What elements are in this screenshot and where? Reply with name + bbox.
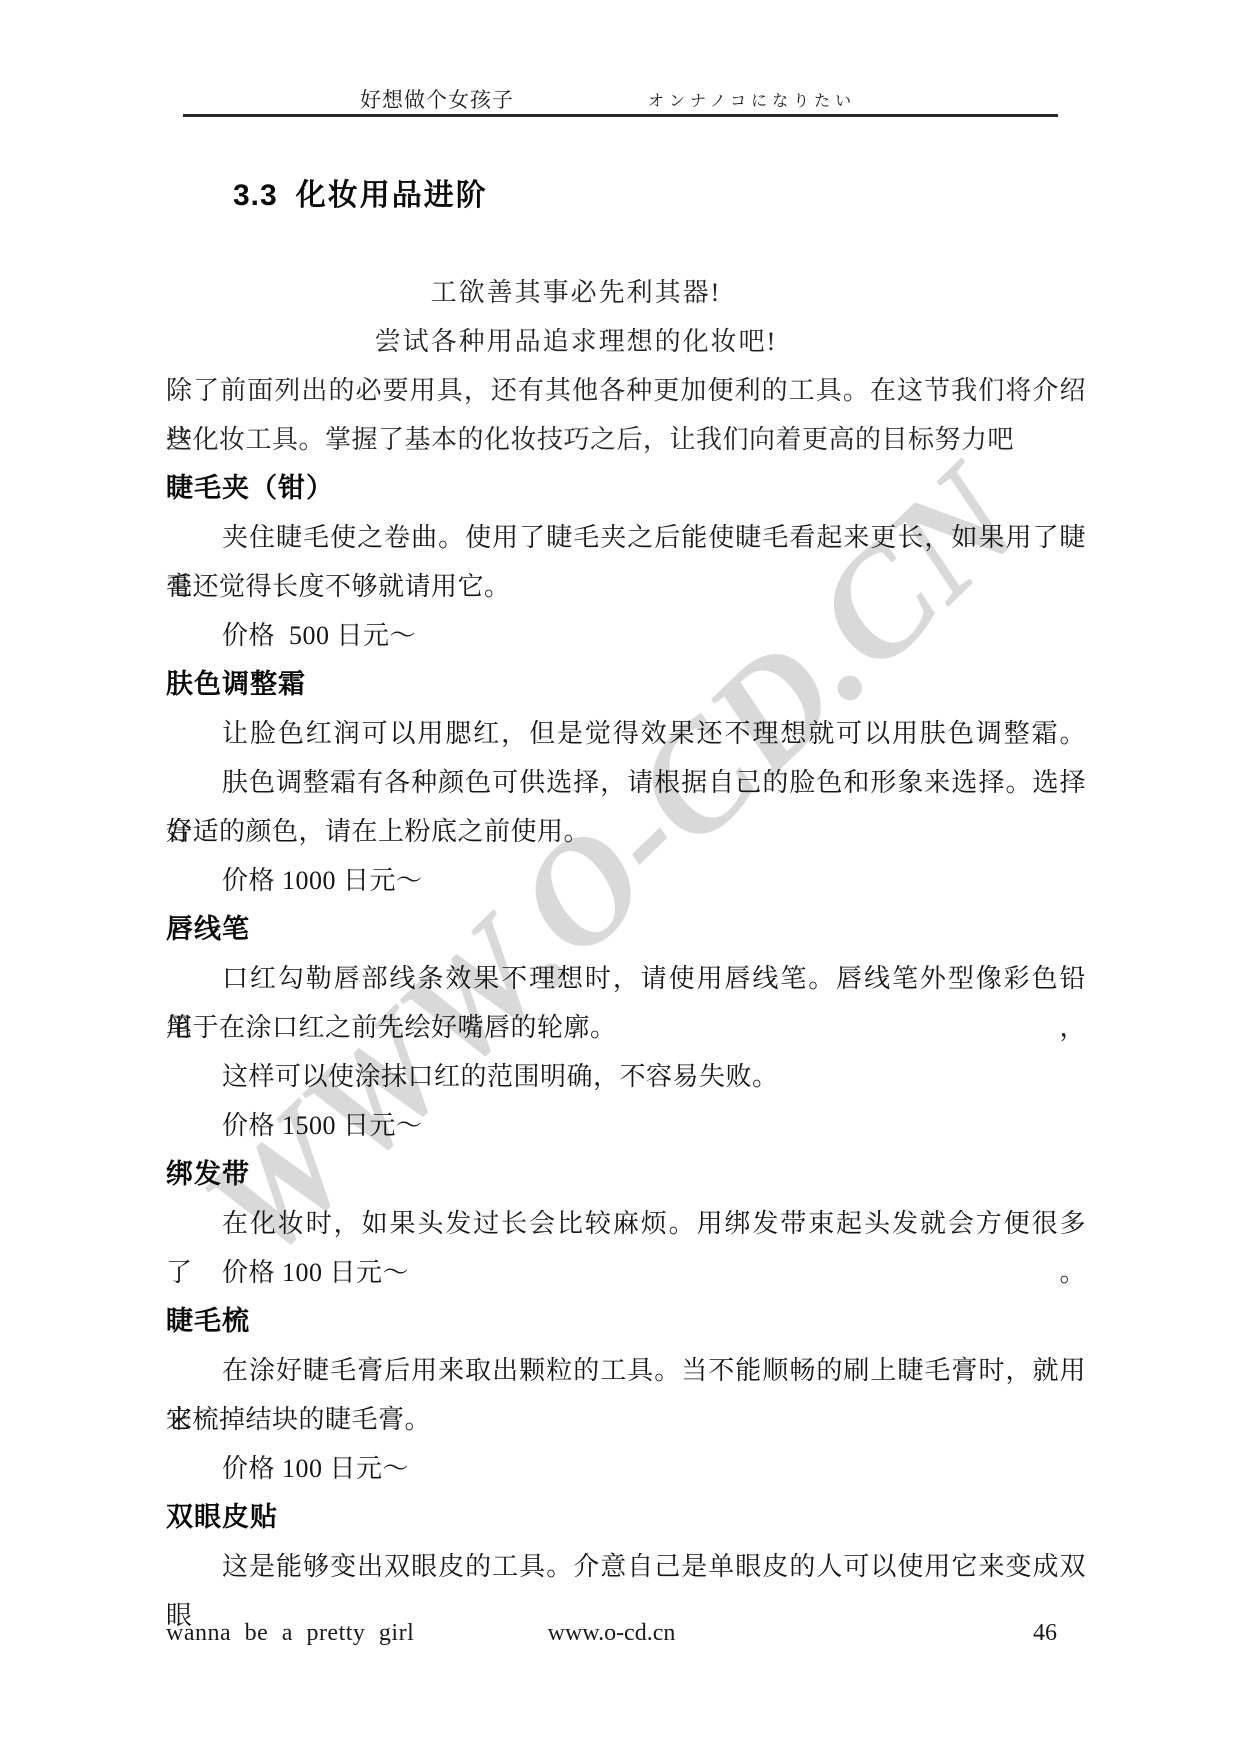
body-line: 在化妆时，如果头发过长会比较麻烦。用绑发带束起头发就会方便很多了。 (166, 1199, 1086, 1248)
item-heading-eyelash-comb: 睫毛梳 (166, 1297, 1086, 1346)
body-line: 口红勾勒唇部线条效果不理想时，请使用唇线笔。唇线笔外型像彩色铅笔， (166, 954, 1086, 1003)
header-title-cn: 好想做个女孩子 (360, 84, 514, 114)
body-line: 来梳掉结块的睫毛膏。 (166, 1395, 1086, 1444)
header-rule (183, 114, 1058, 117)
body-line: 肤色调整霜有各种颜色可供选择，请根据自己的脸色和形象来选择。选择好 (166, 758, 1086, 807)
body-line: 这是能够变出双眼皮的工具。介意自己是单眼皮的人可以使用它来变成双眼 (166, 1542, 1086, 1591)
quote-line: 尝试各种用品追求理想的化妆吧! (166, 317, 1086, 366)
item-heading-color-control-cream: 肤色调整霜 (166, 660, 1086, 709)
footer-site-url: www.o-cd.cn (166, 1620, 1057, 1647)
intro-line: 些化妆工具。掌握了基本的化妆技巧之后，让我们向着更高的目标努力吧 (166, 415, 1086, 464)
document-page: 好想做个女孩子 オンナノコになりたい WWW.O-CD.CN 3.3化妆用品进阶… (0, 0, 1241, 1755)
item-heading-hair-band: 绑发带 (166, 1150, 1086, 1199)
section-title: 化妆用品进阶 (296, 179, 488, 212)
quote-line: 工欲善其事必先利其器! (166, 268, 1086, 317)
price-line: 价格 100 日元～ (166, 1444, 1086, 1493)
body-line: 让脸色红润可以用腮红，但是觉得效果还不理想就可以用肤色调整霜。 (166, 709, 1086, 758)
footer-page-number: 46 (1033, 1620, 1057, 1647)
content-column: 工欲善其事必先利其器! 尝试各种用品追求理想的化妆吧! 除了前面列出的必要用具，… (166, 268, 1086, 1591)
body-line: 夹住睫毛使之卷曲。使用了睫毛夹之后能使睫毛看起来更长，如果用了睫毛 (166, 513, 1086, 562)
price-line: 价格 500 日元～ (166, 611, 1086, 660)
body-line: 在涂好睫毛膏后用来取出颗粒的工具。当不能顺畅的刷上睫毛膏时，就用它 (166, 1346, 1086, 1395)
price-line: 价格 1000 日元～ (166, 856, 1086, 905)
body-line: 这样可以使涂抹口红的范围明确，不容易失败。 (166, 1052, 1086, 1101)
price-line: 价格 1500 日元～ (166, 1101, 1086, 1150)
body-line: 合适的颜色，请在上粉底之前使用。 (166, 807, 1086, 856)
section-heading: 3.3化妆用品进阶 (233, 170, 488, 214)
footer: wanna be a pretty girl www.o-cd.cn 46 (166, 1620, 1057, 1650)
body-line: 膏还觉得长度不够就请用它。 (166, 562, 1086, 611)
item-heading-eyelash-curler: 睫毛夹（钳） (166, 464, 1086, 513)
item-heading-double-eyelid-tape: 双眼皮贴 (166, 1493, 1086, 1542)
section-number: 3.3 (233, 179, 278, 212)
header-title-jp: オンナノコになりたい (648, 88, 856, 111)
item-heading-lip-liner: 唇线笔 (166, 905, 1086, 954)
intro-line: 除了前面列出的必要用具，还有其他各种更加便利的工具。在这节我们将介绍这 (166, 366, 1086, 415)
